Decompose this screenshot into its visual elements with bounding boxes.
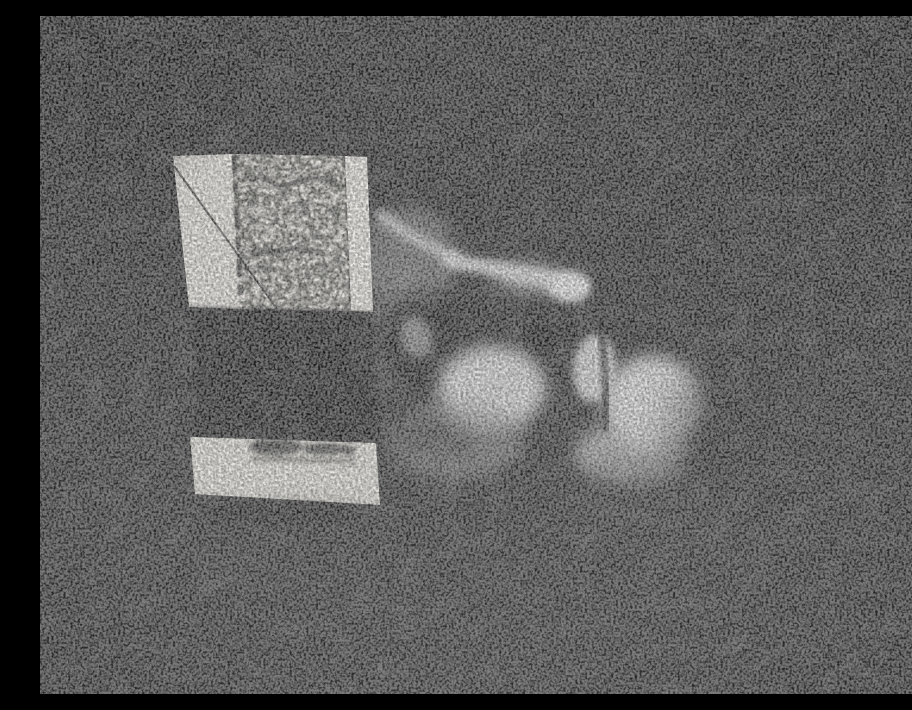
bw-photograph: Grainy high-contrast black-and-white pho… xyxy=(40,16,912,694)
film-grain-light xyxy=(40,16,912,694)
photo-canvas xyxy=(40,16,912,694)
